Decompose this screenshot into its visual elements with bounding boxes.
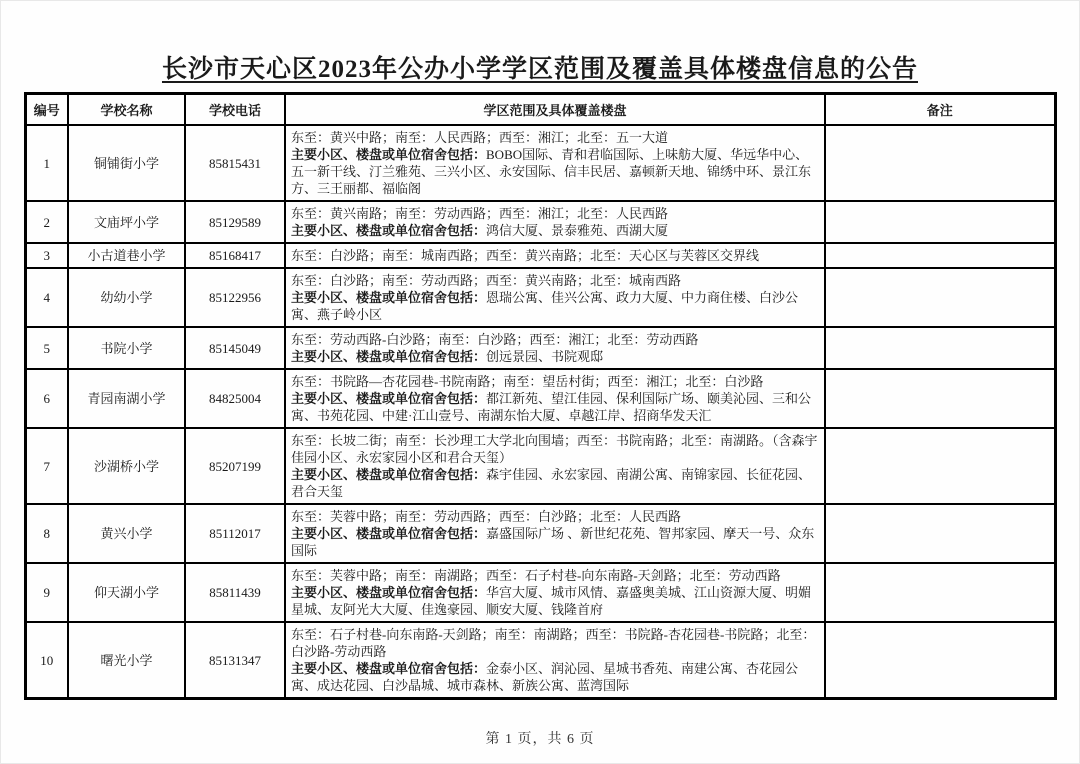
table-row: 4幼幼小学85122956东至：白沙路；南至：劳动西路；西至：黄兴南路；北至：城…	[25, 268, 1055, 327]
district-range-text: 东至：长坡二街；南至：长沙理工大学北向围墙；西至：书院南路；北至：南湖路。（含森…	[291, 433, 818, 465]
district-range-cell: 东至：芙蓉中路；南至：南湖路；西至：石子村巷-向东南路-天剑路；北至：劳动西路主…	[285, 563, 825, 622]
communities-list: 鸿信大厦、景泰雅苑、西湖大厦	[486, 223, 668, 238]
district-range-text: 东至：芙蓉中路；南至：劳动西路；西至：白沙路；北至：人民西路	[291, 509, 681, 524]
note-cell	[825, 243, 1055, 268]
district-range-cell: 东至：长坡二街；南至：长沙理工大学北向围墙；西至：书院南路；北至：南湖路。（含森…	[285, 428, 825, 504]
district-range-cell: 东至：芙蓉中路；南至：劳动西路；西至：白沙路；北至：人民西路主要小区、楼盘或单位…	[285, 504, 825, 563]
table-row: 3小古道巷小学85168417东至：白沙路；南至：城南西路；西至：黄兴南路；北至…	[25, 243, 1055, 268]
school-name: 书院小学	[68, 327, 185, 369]
table-row: 1铜铺街小学85815431东至：黄兴中路；南至：人民西路；西至：湘江；北至：五…	[25, 125, 1055, 201]
district-range-cell: 东至：黄兴南路；南至：劳动西路；西至：湘江；北至：人民西路主要小区、楼盘或单位宿…	[285, 201, 825, 243]
table-row: 7沙湖桥小学85207199东至：长坡二街；南至：长沙理工大学北向围墙；西至：书…	[25, 428, 1055, 504]
communities-label: 主要小区、楼盘或单位宿舍包括：	[291, 661, 486, 676]
table-body: 1铜铺街小学85815431东至：黄兴中路；南至：人民西路；西至：湘江；北至：五…	[25, 125, 1055, 699]
document-page: 长沙市天心区2023年公办小学学区范围及覆盖具体楼盘信息的公告 编号 学校名称 …	[0, 0, 1080, 764]
school-name: 青园南湖小学	[68, 369, 185, 428]
school-name: 文庙坪小学	[68, 201, 185, 243]
district-range-cell: 东至：石子村巷-向东南路-天剑路；南至：南湖路；西至：书院路-杏花园巷-书院路；…	[285, 622, 825, 699]
row-number: 10	[25, 622, 68, 699]
school-district-table: 编号 学校名称 学校电话 学区范围及具体覆盖楼盘 备注 1铜铺街小学858154…	[24, 92, 1057, 700]
school-phone: 85168417	[185, 243, 285, 268]
district-range-cell: 东至：黄兴中路；南至：人民西路；西至：湘江；北至：五一大道主要小区、楼盘或单位宿…	[285, 125, 825, 201]
communities-label: 主要小区、楼盘或单位宿舍包括：	[291, 391, 486, 406]
communities-list: 创远景园、书院观邸	[486, 349, 603, 364]
note-cell	[825, 201, 1055, 243]
school-phone: 85122956	[185, 268, 285, 327]
row-number: 5	[25, 327, 68, 369]
note-cell	[825, 125, 1055, 201]
school-phone: 85112017	[185, 504, 285, 563]
table-row: 8黄兴小学85112017东至：芙蓉中路；南至：劳动西路；西至：白沙路；北至：人…	[25, 504, 1055, 563]
school-phone: 85145049	[185, 327, 285, 369]
table-row: 5书院小学85145049东至：劳动西路-白沙路；南至：白沙路；西至：湘江；北至…	[25, 327, 1055, 369]
school-phone: 85207199	[185, 428, 285, 504]
note-cell	[825, 563, 1055, 622]
row-number: 3	[25, 243, 68, 268]
communities-label: 主要小区、楼盘或单位宿舍包括：	[291, 147, 486, 162]
school-name: 曙光小学	[68, 622, 185, 699]
note-cell	[825, 327, 1055, 369]
row-number: 2	[25, 201, 68, 243]
school-phone: 85131347	[185, 622, 285, 699]
header-note: 备注	[825, 94, 1055, 126]
header-district-range: 学区范围及具体覆盖楼盘	[285, 94, 825, 126]
communities-label: 主要小区、楼盘或单位宿舍包括：	[291, 467, 486, 482]
district-range-cell: 东至：白沙路；南至：劳动西路；西至：黄兴南路；北至：城南西路主要小区、楼盘或单位…	[285, 268, 825, 327]
district-range-text: 东至：劳动西路-白沙路；南至：白沙路；西至：湘江；北至：劳动西路	[291, 332, 698, 347]
row-number: 6	[25, 369, 68, 428]
note-cell	[825, 268, 1055, 327]
communities-label: 主要小区、楼盘或单位宿舍包括：	[291, 349, 486, 364]
note-cell	[825, 369, 1055, 428]
table-header-row: 编号 学校名称 学校电话 学区范围及具体覆盖楼盘 备注	[25, 94, 1055, 126]
school-name: 幼幼小学	[68, 268, 185, 327]
communities-label: 主要小区、楼盘或单位宿舍包括：	[291, 223, 486, 238]
row-number: 1	[25, 125, 68, 201]
communities-label: 主要小区、楼盘或单位宿舍包括：	[291, 290, 486, 305]
communities-label: 主要小区、楼盘或单位宿舍包括：	[291, 526, 486, 541]
note-cell	[825, 504, 1055, 563]
note-cell	[825, 428, 1055, 504]
header-school-name: 学校名称	[68, 94, 185, 126]
row-number: 7	[25, 428, 68, 504]
page-number: 第 1 页，共 6 页	[1, 728, 1079, 748]
table-row: 10曙光小学85131347东至：石子村巷-向东南路-天剑路；南至：南湖路；西至…	[25, 622, 1055, 699]
row-number: 4	[25, 268, 68, 327]
row-number: 9	[25, 563, 68, 622]
table-header: 编号 学校名称 学校电话 学区范围及具体覆盖楼盘 备注	[25, 94, 1055, 126]
district-range-cell: 东至：书院路—杏花园巷-书院南路；南至：望岳村街；西至：湘江；北至：白沙路主要小…	[285, 369, 825, 428]
district-range-cell: 东至：白沙路；南至：城南西路；西至：黄兴南路；北至：天心区与芙蓉区交界线	[285, 243, 825, 268]
table-row: 2文庙坪小学85129589东至：黄兴南路；南至：劳动西路；西至：湘江；北至：人…	[25, 201, 1055, 243]
note-cell	[825, 622, 1055, 699]
school-name: 小古道巷小学	[68, 243, 185, 268]
school-phone: 85129589	[185, 201, 285, 243]
school-phone: 85815431	[185, 125, 285, 201]
school-phone: 84825004	[185, 369, 285, 428]
district-range-text: 东至：黄兴中路；南至：人民西路；西至：湘江；北至：五一大道	[291, 130, 668, 145]
table-row: 6青园南湖小学84825004东至：书院路—杏花园巷-书院南路；南至：望岳村街；…	[25, 369, 1055, 428]
school-name: 沙湖桥小学	[68, 428, 185, 504]
district-range-text: 东至：芙蓉中路；南至：南湖路；西至：石子村巷-向东南路-天剑路；北至：劳动西路	[291, 568, 781, 583]
district-range-text: 东至：白沙路；南至：劳动西路；西至：黄兴南路；北至：城南西路	[291, 273, 681, 288]
school-phone: 85811439	[185, 563, 285, 622]
school-name: 仰天湖小学	[68, 563, 185, 622]
communities-label: 主要小区、楼盘或单位宿舍包括：	[291, 585, 486, 600]
page-title: 长沙市天心区2023年公办小学学区范围及覆盖具体楼盘信息的公告	[21, 49, 1059, 85]
header-school-phone: 学校电话	[185, 94, 285, 126]
district-range-cell: 东至：劳动西路-白沙路；南至：白沙路；西至：湘江；北至：劳动西路主要小区、楼盘或…	[285, 327, 825, 369]
district-range-text: 东至：黄兴南路；南至：劳动西路；西至：湘江；北至：人民西路	[291, 206, 668, 221]
school-name: 铜铺街小学	[68, 125, 185, 201]
table-row: 9仰天湖小学85811439东至：芙蓉中路；南至：南湖路；西至：石子村巷-向东南…	[25, 563, 1055, 622]
row-number: 8	[25, 504, 68, 563]
district-range-text: 东至：白沙路；南至：城南西路；西至：黄兴南路；北至：天心区与芙蓉区交界线	[291, 248, 759, 263]
district-range-text: 东至：石子村巷-向东南路-天剑路；南至：南湖路；西至：书院路-杏花园巷-书院路；…	[291, 627, 815, 659]
school-name: 黄兴小学	[68, 504, 185, 563]
header-number: 编号	[25, 94, 68, 126]
district-range-text: 东至：书院路—杏花园巷-书院南路；南至：望岳村街；西至：湘江；北至：白沙路	[291, 374, 763, 389]
